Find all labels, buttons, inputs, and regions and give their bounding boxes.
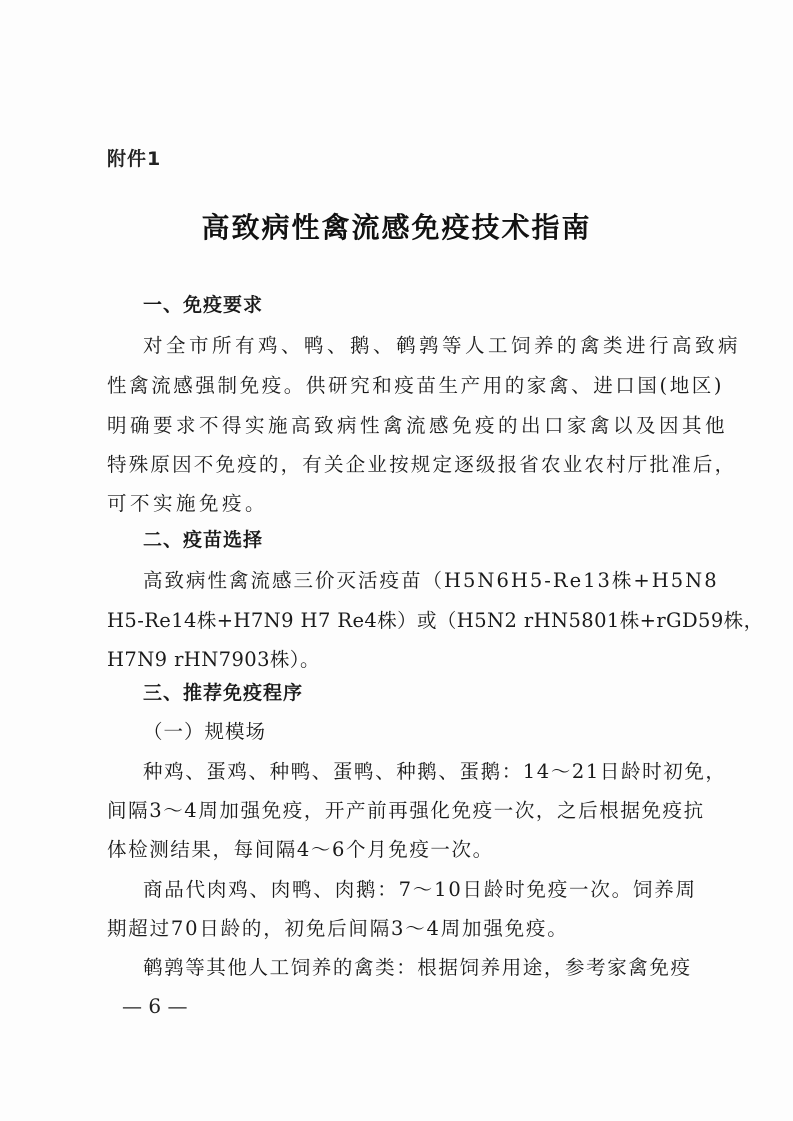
section-heading-vaccine-selection: 二、疫苗选择 bbox=[143, 525, 263, 552]
section-heading-recommended-schedule: 三、推荐免疫程序 bbox=[143, 678, 303, 705]
section-heading-immunization-requirements: 一、免疫要求 bbox=[143, 290, 263, 317]
paragraph-line: 性禽流感强制免疫。供研究和疫苗生产用的家禽、进口国(地区) bbox=[107, 370, 707, 398]
paragraph-line: 特殊原因不免疫的，有关企业按规定逐级报省农业农村厅批准后， bbox=[107, 449, 707, 477]
paragraph-line: H7N9 rHN7903株）。 bbox=[107, 644, 707, 672]
document-title: 高致病性禽流感免疫技术指南 bbox=[0, 206, 793, 246]
paragraph-line: 期超过70日龄的，初免后间隔3～4周加强免疫。 bbox=[107, 913, 707, 941]
subsection-heading-large-farms: （一）规模场 bbox=[143, 716, 707, 744]
paragraph-line: 体检测结果，每间隔4～6个月免疫一次。 bbox=[107, 834, 707, 862]
paragraph-line: 高致病性禽流感三价灭活疫苗（H5N6H5-Re13株+H5N8 bbox=[143, 565, 707, 593]
paragraph-line: 对全市所有鸡、鸭、鹅、鹌鹑等人工饲养的禽类进行高致病 bbox=[143, 330, 707, 358]
document-page: 附件1 高致病性禽流感免疫技术指南 一、免疫要求 对全市所有鸡、鸭、鹅、鹌鹑等人… bbox=[0, 0, 793, 1121]
page-number: — 6 — bbox=[122, 994, 187, 1018]
paragraph-line: H5-Re14株+H7N9 H7 Re4株）或（H5N2 rHN5801株+rG… bbox=[107, 605, 707, 633]
paragraph-line: 种鸡、蛋鸡、种鸭、蛋鸭、种鹅、蛋鹅：14～21日龄时初免， bbox=[143, 756, 707, 784]
paragraph-line: 明确要求不得实施高致病性禽流感免疫的出口家禽以及因其他 bbox=[107, 410, 707, 438]
paragraph-line: 间隔3～4周加强免疫，开产前再强化免疫一次，之后根据免疫抗 bbox=[107, 795, 707, 823]
paragraph-line: 可不实施免疫。 bbox=[107, 488, 707, 516]
paragraph-line: 商品代肉鸡、肉鸭、肉鹅：7～10日龄时免疫一次。饲养周 bbox=[143, 874, 707, 902]
attachment-label: 附件1 bbox=[107, 144, 161, 171]
paragraph-line: 鹌鹑等其他人工饲养的禽类：根据饲养用途，参考家禽免疫 bbox=[143, 952, 707, 980]
